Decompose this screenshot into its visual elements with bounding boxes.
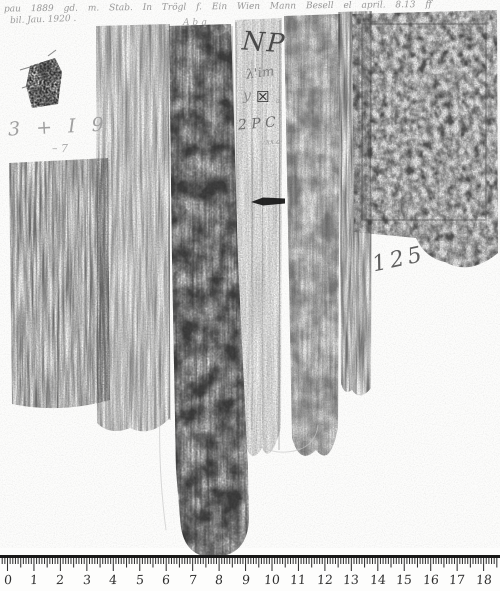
ruler-number: 7	[182, 572, 203, 587]
ruler-number: 14	[367, 572, 388, 587]
ruler-number: 9	[235, 572, 256, 587]
rubbing-band-mid-right	[284, 14, 340, 456]
ruler-number: 2	[50, 572, 71, 587]
rubbing-block-top-right	[352, 10, 498, 267]
ruler-number: 10	[261, 572, 282, 587]
ruler-number: 4	[103, 572, 124, 587]
ruler-number: 0	[0, 572, 18, 587]
ruler-number: 12	[314, 572, 335, 587]
ruler-ticks	[0, 558, 500, 573]
rubbing-strip-light	[235, 18, 282, 456]
ruler-numbers: 0123456789101112131415161718	[0, 572, 500, 590]
centimeter-ruler: 0123456789101112131415161718	[0, 553, 500, 591]
scanned-rubbing-sheet: pau 1889 gd. m. Stab. In Trögl f. Ein Wi…	[0, 0, 500, 591]
rubbing-block-left	[9, 158, 110, 408]
ruler-number: 15	[394, 572, 415, 587]
ruler-number: 16	[420, 572, 441, 587]
ruler-number: 13	[341, 572, 362, 587]
ruler-number: 3	[76, 572, 97, 587]
ruler-number: 6	[156, 572, 177, 587]
ruler-number: 1	[23, 572, 44, 587]
ruler-number: 17	[447, 572, 468, 587]
ruler-number: 8	[209, 572, 230, 587]
ruler-number: 11	[288, 572, 309, 587]
rubbing-artwork	[0, 0, 500, 591]
ruler-number: 5	[129, 572, 150, 587]
ruler-number: 18	[473, 572, 494, 587]
